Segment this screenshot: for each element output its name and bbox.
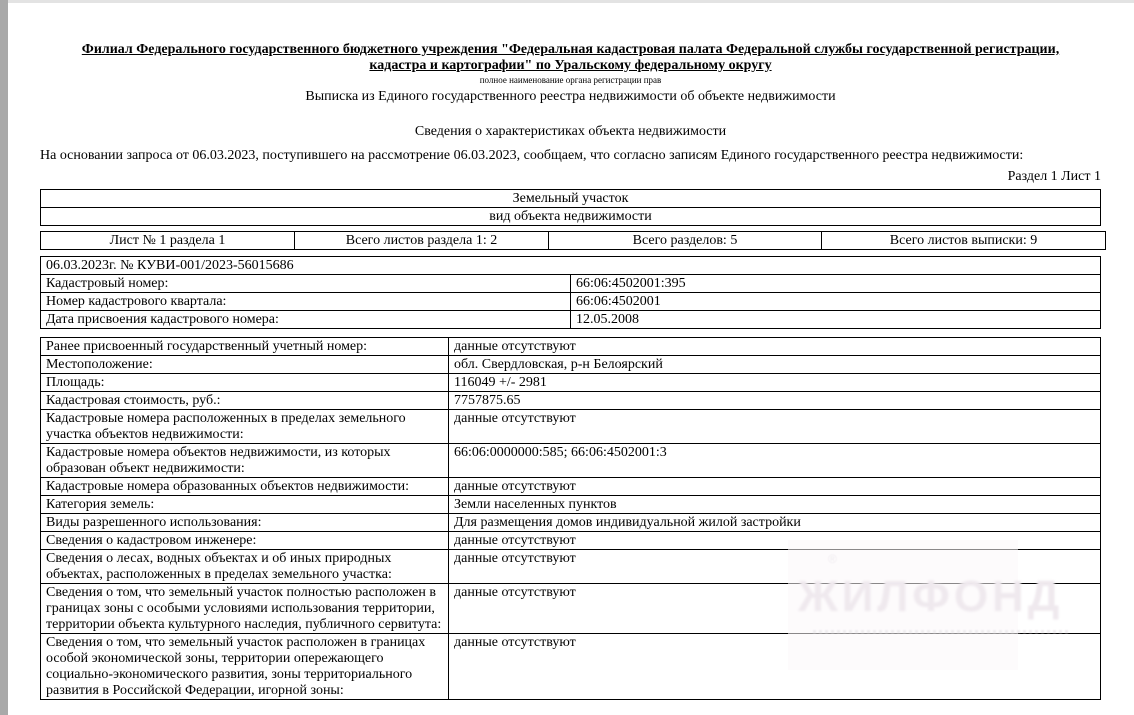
row-value: 66:06:4502001: [571, 293, 1101, 311]
row-label: Номер кадастрового квартала:: [41, 293, 571, 311]
row-label: Кадастровый номер:: [41, 275, 571, 293]
row-value: данные отсутствуют: [449, 634, 1101, 700]
table-row: Виды разрешенного использования: Для раз…: [41, 514, 1101, 532]
request-number-table: 06.03.2023г. № КУВИ-001/2023-56015686 Ка…: [40, 256, 1101, 329]
table-row: Кадастровый номер: 66:06:4502001:395: [41, 275, 1101, 293]
row-value: данные отсутствуют: [449, 410, 1101, 444]
row-value: обл. Свердловская, р-н Белоярский: [449, 356, 1101, 374]
row-value: 66:06:4502001:395: [571, 275, 1101, 293]
sheet-info-table: Лист № 1 раздела 1 Всего листов раздела …: [40, 231, 1106, 250]
org-name: Филиал Федерального государственного бюд…: [40, 42, 1101, 74]
row-value: Земли населенных пунктов: [449, 496, 1101, 514]
row-label: Сведения о кадастровом инженере:: [41, 532, 449, 550]
row-label: Виды разрешенного использования:: [41, 514, 449, 532]
table-row: Сведения о кадастровом инженере: данные …: [41, 532, 1101, 550]
section-title: Сведения о характеристиках объекта недви…: [40, 124, 1101, 140]
request-text: На основании запроса от 06.03.2023, пост…: [40, 147, 1101, 164]
object-type-table: Земельный участок вид объекта недвижимос…: [40, 189, 1101, 226]
object-type-caption: вид объекта недвижимости: [41, 208, 1101, 226]
table-row: Сведения о том, что земельный участок по…: [41, 584, 1101, 634]
table-row: Категория земель: Земли населенных пункт…: [41, 496, 1101, 514]
row-label: Кадастровые номера объектов недвижимости…: [41, 444, 449, 478]
table-row: Кадастровые номера образованных объектов…: [41, 478, 1101, 496]
table-row: Сведения о том, что земельный участок ра…: [41, 634, 1101, 700]
object-type: Земельный участок: [41, 190, 1101, 208]
table-row: Кадастровая стоимость, руб.: 7757875.65: [41, 392, 1101, 410]
table-row: Дата присвоения кадастрового номера: 12.…: [41, 311, 1101, 329]
row-value: данные отсутствуют: [449, 550, 1101, 584]
row-value: 116049 +/- 2981: [449, 374, 1101, 392]
sheet-number-cell: Лист № 1 раздела 1: [41, 232, 295, 250]
row-value: данные отсутствуют: [449, 532, 1101, 550]
table-row: Номер кадастрового квартала: 66:06:45020…: [41, 293, 1101, 311]
org-caption: полное наименование органа регистрации п…: [40, 75, 1101, 86]
section-sheet-label: Раздел 1 Лист 1: [40, 169, 1101, 185]
org-name-line1: Филиал Федерального государственного бюд…: [82, 42, 1059, 57]
row-label: Кадастровые номера расположенных в преде…: [41, 410, 449, 444]
table-row: Кадастровые номера объектов недвижимости…: [41, 444, 1101, 478]
document-title: Выписка из Единого государственного реес…: [40, 89, 1101, 105]
table-row: Площадь: 116049 +/- 2981: [41, 374, 1101, 392]
row-value: Для размещения домов индивидуальной жило…: [449, 514, 1101, 532]
row-label: Кадастровая стоимость, руб.:: [41, 392, 449, 410]
characteristics-table: Ранее присвоенный государственный учетны…: [40, 337, 1101, 700]
table-row: Местоположение: обл. Свердловская, р-н Б…: [41, 356, 1101, 374]
row-label: Сведения о лесах, водных объектах и об и…: [41, 550, 449, 584]
row-label: Сведения о том, что земельный участок по…: [41, 584, 449, 634]
document-number: 06.03.2023г. № КУВИ-001/2023-56015686: [41, 257, 1101, 275]
row-label: Дата присвоения кадастрового номера:: [41, 311, 571, 329]
row-value: 12.05.2008: [571, 311, 1101, 329]
row-value: 66:06:0000000:585; 66:06:4502001:3: [449, 444, 1101, 478]
row-label: Категория земель:: [41, 496, 449, 514]
row-label: Сведения о том, что земельный участок ра…: [41, 634, 449, 700]
row-label: Местоположение:: [41, 356, 449, 374]
row-label: Площадь:: [41, 374, 449, 392]
row-label: Ранее присвоенный государственный учетны…: [41, 338, 449, 356]
total-sections-cell: Всего разделов: 5: [549, 232, 822, 250]
scanner-edge-strip: [0, 0, 8, 715]
table-row: Сведения о лесах, водных объектах и об и…: [41, 550, 1101, 584]
org-name-line2: кадастра и картографии" по Уральскому фе…: [369, 58, 771, 73]
row-value: данные отсутствуют: [449, 338, 1101, 356]
row-value: 7757875.65: [449, 392, 1101, 410]
document-page: Филиал Федерального государственного бюд…: [40, 0, 1101, 700]
row-value: данные отсутствуют: [449, 584, 1101, 634]
table-row: Кадастровые номера расположенных в преде…: [41, 410, 1101, 444]
total-sheets-cell: Всего листов выписки: 9: [822, 232, 1106, 250]
sheets-in-section-cell: Всего листов раздела 1: 2: [295, 232, 549, 250]
row-label: Кадастровые номера образованных объектов…: [41, 478, 449, 496]
table-row: Ранее присвоенный государственный учетны…: [41, 338, 1101, 356]
row-value: данные отсутствуют: [449, 478, 1101, 496]
